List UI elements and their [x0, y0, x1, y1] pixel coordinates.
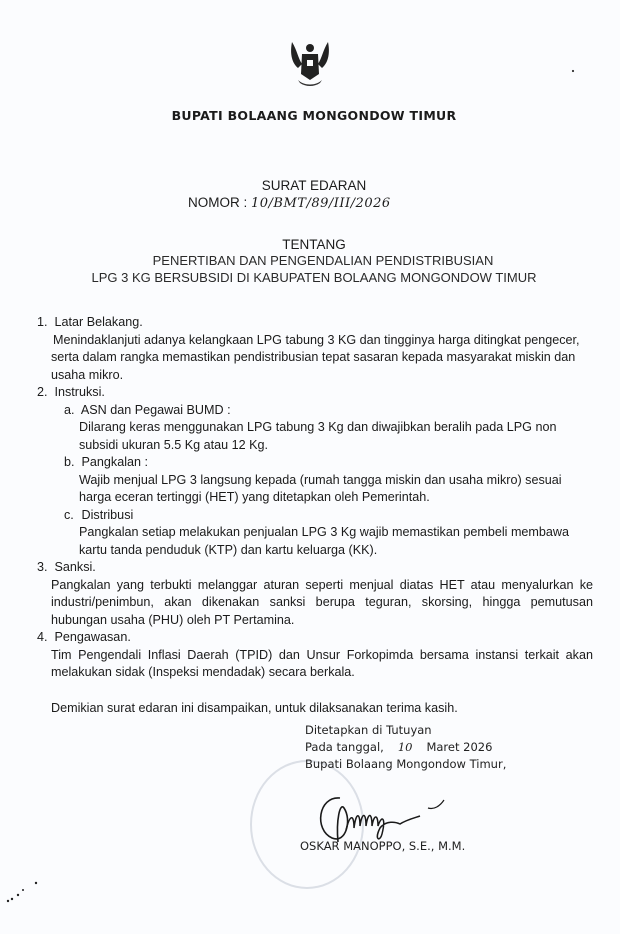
scan-noise-icon [0, 880, 60, 930]
section-text: Menindaklanjuti adanya kelangkaan LPG ta… [51, 332, 593, 385]
item-letter: b. [64, 454, 78, 472]
item-letter: c. [64, 507, 78, 525]
date-month-year: Maret 2026 [426, 740, 492, 754]
section-supervision: 4. Pengawasan. Tim Pengendali Inflasi Da… [37, 629, 593, 682]
section-number: 1. [37, 314, 51, 332]
subject-line-2: LPG 3 KG BERSUBSIDI DI KABUPATEN BOLAANG… [0, 270, 620, 285]
document-type: SURAT EDARAN [0, 178, 620, 193]
place-line: Ditetapkan di Tutuyan [305, 722, 506, 739]
scan-noise-icon [568, 66, 578, 76]
item-text: Dilarang keras menggunakan LPG tabung 3 … [79, 419, 593, 454]
section-text: Pangkalan yang terbukti melanggar aturan… [51, 577, 593, 630]
section-instructions: 2. Instruksi. a. ASN dan Pegawai BUMD : … [37, 384, 593, 559]
signer-name: OSKAR MANOPPO, S.E., M.M. [300, 839, 465, 853]
number-value: 10/BMT/89/III/2026 [251, 196, 391, 211]
signer-position: Bupati Bolaang Mongondow Timur, [305, 756, 506, 773]
section-title: Latar Belakang. [55, 315, 143, 329]
letter-body: 1. Latar Belakang. Menindaklanjuti adany… [37, 314, 593, 717]
item-title: ASN dan Pegawai BUMD : [81, 403, 231, 417]
item-title: Distribusi [82, 508, 134, 522]
instruction-item-a: a. ASN dan Pegawai BUMD : Dilarang keras… [37, 402, 593, 455]
instruction-item-b: b. Pangkalan : Wajib menjual LPG 3 langs… [37, 454, 593, 507]
garuda-emblem-icon [288, 38, 332, 88]
section-background: 1. Latar Belakang. Menindaklanjuti adany… [37, 314, 593, 384]
section-number: 2. [37, 384, 51, 402]
closing-statement: Demikian surat edaran ini disampaikan, u… [51, 700, 593, 718]
item-letter: a. [64, 402, 78, 420]
about-label: TENTANG [0, 237, 620, 252]
item-text: Wajib menjual LPG 3 langsung kepada (rum… [79, 472, 593, 507]
section-title: Pengawasan. [55, 630, 131, 644]
section-text: Tim Pengendali Inflasi Daerah (TPID) dan… [51, 647, 593, 682]
instruction-item-c: c. Distribusi Pangkalan setiap melakukan… [37, 507, 593, 560]
section-title: Sanksi. [55, 560, 96, 574]
section-number: 4. [37, 629, 51, 647]
date-label: Pada tanggal, [305, 740, 384, 754]
section-title: Instruksi. [55, 385, 105, 399]
item-text: Pangkalan setiap melakukan penjualan LPG… [79, 524, 593, 559]
date-day: 10 [398, 739, 413, 756]
document-number: NOMOR : 10/BMT/89/III/2026 [188, 195, 391, 211]
signature-block: Ditetapkan di Tutuyan Pada tanggal,10Mar… [305, 722, 506, 773]
section-sanctions: 3. Sanksi. Pangkalan yang terbukti melan… [37, 559, 593, 629]
letterhead-title: BUPATI BOLAANG MONGONDOW TIMUR [0, 108, 620, 123]
subject-line-1: PENERTIBAN DAN PENGENDALIAN PENDISTRIBUS… [0, 253, 620, 268]
item-title: Pangkalan : [82, 455, 149, 469]
date-line: Pada tanggal,10Maret 2026 [305, 739, 506, 756]
section-number: 3. [37, 559, 51, 577]
number-label: NOMOR : [188, 195, 251, 210]
